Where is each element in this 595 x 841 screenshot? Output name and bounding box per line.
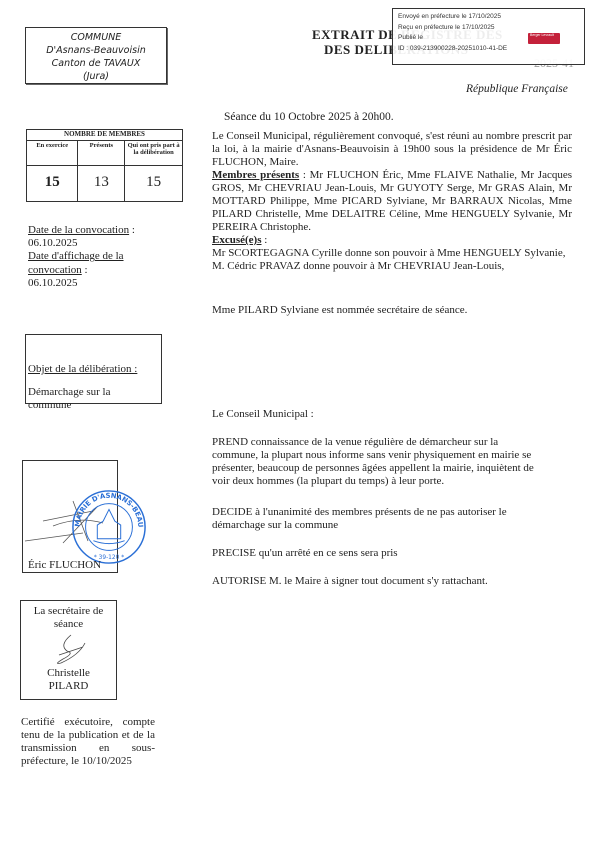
value-en-exercice: 15 [27,165,78,201]
membres-presents-label: Membres présents [212,169,299,181]
column-deliberation: Qui ont pris part à la délibération [125,140,183,165]
commune-line: D'Asnans-Beauvoisin [26,44,166,57]
seance-date: Séance du 10 Octobre 2025 à 20h00. [224,111,394,123]
certification-text: Certifié exécutoire, compte tenu de la p… [21,716,155,768]
deliberation-heading: Le Conseil Municipal : [212,408,572,421]
column-presents: Présents [78,140,125,165]
excuse-item: Mr SCORTEGAGNA Cyrille donne son pouvoir… [212,247,572,260]
secretaire-box: La secrétaire de séance Christelle PILAR… [20,600,117,700]
commune-line: COMMUNE [26,31,166,44]
affichage-label: Date d'affichage de la convocation [28,250,124,275]
maire-name: Éric FLUCHON [28,559,101,571]
stamp-id: ID : 039-213900228-20251010-41-DE [398,44,579,55]
value-deliberation: 15 [125,165,183,201]
svg-text:MAIRIE D'ASNANS-BEAUVOISIN: MAIRIE D'ASNANS-BEAUVOISIN [70,488,144,528]
value-presents: 13 [78,165,125,201]
excuse-item: M. Cédric PRAVAZ donne pouvoir à Mr CHEV… [212,260,572,273]
convocation-dates: Date de la convocation : 06.10.2025 Date… [28,224,143,290]
republique-francaise: République Française [466,83,568,95]
members-table: NOMBRE DE MEMBRES En exercice Présents Q… [26,129,183,202]
stamp-received: Reçu en préfecture le 17/10/2025 [398,23,579,34]
intro-paragraph: Le Conseil Municipal, régulièrement conv… [212,130,572,273]
convocation-label: Date de la convocation [28,224,129,236]
secretaire-lastname: PILARD [21,680,116,693]
mairie-seal-icon: MAIRIE D'ASNANS-BEAUVOISIN * 39-120 * [70,488,148,566]
deliberation-precise: PRECISE qu'un arrêté en ce sens sera pri… [212,547,572,560]
commune-line: (Jura) [26,70,166,83]
secretaire-nomination: Mme PILARD Sylviane est nommée secrétair… [212,304,572,317]
excuses-label: Excusé(e)s [212,234,262,246]
secretaire-title: La secrétaire de séance [34,605,104,631]
deliberation-decide: DECIDE à l'unanimité des membres présent… [212,506,547,532]
secretaire-firstname: Christelle [21,667,116,680]
affichage-value: 06.10.2025 [28,277,143,290]
objet-value: Démarchage sur la commune [28,386,138,412]
seal-text: MAIRIE D'ASNANS-BEAUVOISIN [70,488,144,528]
column-en-exercice: En exercice [27,140,78,165]
prefecture-stamp: Envoyé en préfecture le 17/10/2025 Reçu … [392,8,585,65]
deliberation-prend: PREND connaissance de la venue régulière… [212,436,547,488]
members-table-title: NOMBRE DE MEMBRES [27,130,183,141]
commune-line: Canton de TAVAUX [26,57,166,70]
intro-text: Le Conseil Municipal, régulièrement conv… [212,130,572,169]
secretaire-signature-icon [49,633,89,667]
commune-box: COMMUNE D'Asnans-Beauvoisin Canton de TA… [25,27,167,84]
berger-levrault-logo-icon: Berger Levrault [528,33,560,44]
convocation-value: 06.10.2025 [28,237,143,250]
stamp-sent: Envoyé en préfecture le 17/10/2025 [398,12,579,23]
objet-label: Objet de la délibération : [28,363,159,376]
deliberation-autorise: AUTORISE M. le Maire à signer tout docum… [212,575,572,588]
objet-box: Objet de la délibération : Démarchage su… [25,334,162,404]
